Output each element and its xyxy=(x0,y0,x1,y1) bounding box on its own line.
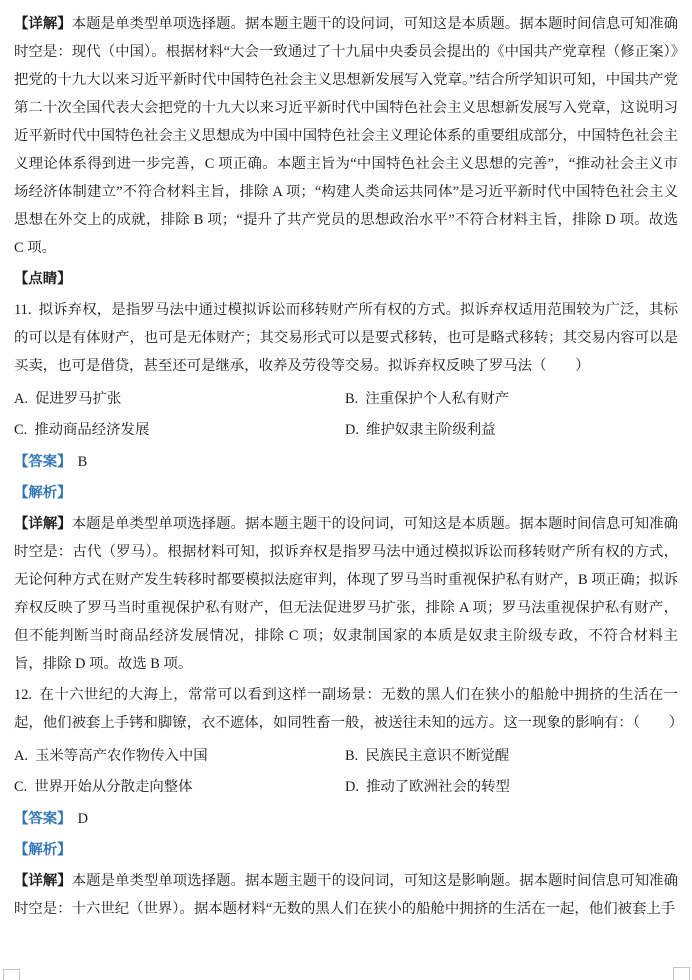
q11-option-c: C.推动商品经济发展 xyxy=(14,414,345,445)
q12-option-c-letter: C. xyxy=(14,779,27,795)
q11-option-d: D.维护奴隶主阶级利益 xyxy=(345,414,678,445)
q11-option-b-text: 注重保护个人私有财产 xyxy=(365,391,509,407)
detail-label: 【详解】 xyxy=(14,516,72,532)
q12-option-a-text: 玉米等高产农作物传入中国 xyxy=(35,748,208,764)
q12-stem-paragraph: 12.在十六世纪的大海上，常常可以看到这样一副场景：无数的黑人们在狭小的船舱中拥… xyxy=(14,681,678,737)
document-page: 【详解】本题是单类型单项选择题。据本题主题干的设问词，可知这是本质题。据本题时间… xyxy=(0,0,692,980)
q11-stem-paragraph: 11.拟诉弃权，是指罗马法中通过模拟诉讼而移转财产所有权的方式。拟诉弃权适用范围… xyxy=(14,296,678,380)
q11-option-a: A.促进罗马扩张 xyxy=(14,383,345,414)
page-corner-mark-left xyxy=(3,969,20,980)
q11-option-b: B.注重保护个人私有财产 xyxy=(345,383,678,414)
q12-number: 12. xyxy=(14,687,32,703)
q11-option-c-text: 推动商品经济发展 xyxy=(34,422,149,438)
q12-options: A.玉米等高产农作物传入中国 B.民族民主意识不断觉醒 C.世界开始从分散走向整… xyxy=(14,740,678,802)
q11-stem-text: 拟诉弃权，是指罗马法中通过模拟诉讼而移转财产所有权的方式。拟诉弃权适用范围较为广… xyxy=(14,302,678,374)
detail-label: 【详解】 xyxy=(14,873,72,889)
tip-label: 【点睛】 xyxy=(14,271,72,287)
q11-answer-letter: B xyxy=(78,454,88,470)
q10-detail-paragraph: 【详解】本题是单类型单项选择题。据本题主题干的设问词，可知这是本质题。据本题时间… xyxy=(14,10,678,262)
q12-answer-letter: D xyxy=(78,811,88,827)
q12-option-c-text: 世界开始从分散走向整体 xyxy=(34,779,192,795)
q11-detail-text: 本题是单类型单项选择题。据本题主题干的设问词，可知这是本质题。据本题时间信息可知… xyxy=(14,516,678,672)
q12-option-b: B.民族民主意识不断觉醒 xyxy=(345,740,678,771)
q12-detail-paragraph: 【详解】本题是单类型单项选择题。据本题主题干的设问词，可知这是影响题。据本题时间… xyxy=(14,867,678,923)
q11-option-a-text: 促进罗马扩张 xyxy=(35,391,121,407)
detail-label: 【详解】 xyxy=(14,16,72,32)
tip-paragraph: 【点睛】 xyxy=(14,265,678,293)
q12-stem-text: 在十六世纪的大海上，常常可以看到这样一副场景：无数的黑人们在狭小的船舱中拥挤的生… xyxy=(14,687,683,731)
q11-options: A.促进罗马扩张 B.注重保护个人私有财产 C.推动商品经济发展 D.维护奴隶主… xyxy=(14,383,678,445)
q11-option-d-text: 维护奴隶主阶级利益 xyxy=(366,422,496,438)
q12-option-a-letter: A. xyxy=(14,748,28,764)
q12-option-d-letter: D. xyxy=(345,779,359,795)
analysis-label: 【解析】 xyxy=(14,842,72,858)
q11-analysis-line: 【解析】 xyxy=(14,479,678,507)
q11-answer-line: 【答案】B xyxy=(14,448,678,476)
q10-detail-text: 本题是单类型单项选择题。据本题主题干的设问词，可知这是本质题。据本题时间信息可知… xyxy=(14,16,678,256)
q12-option-d: D.推动了欧洲社会的转型 xyxy=(345,771,678,802)
q11-option-c-letter: C. xyxy=(14,422,27,438)
q12-option-a: A.玉米等高产农作物传入中国 xyxy=(14,740,345,771)
q11-option-a-letter: A. xyxy=(14,391,28,407)
q12-option-b-text: 民族民主意识不断觉醒 xyxy=(365,748,509,764)
q12-detail-text: 本题是单类型单项选择题。据本题主题干的设问词，可知这是影响题。据本题时间信息可知… xyxy=(14,873,678,917)
q12-option-b-letter: B. xyxy=(345,748,358,764)
q12-option-d-text: 推动了欧洲社会的转型 xyxy=(366,779,510,795)
q11-option-b-letter: B. xyxy=(345,391,358,407)
page-corner-mark-right xyxy=(673,967,690,980)
answer-label: 【答案】 xyxy=(14,811,72,827)
analysis-label: 【解析】 xyxy=(14,485,72,501)
q11-detail-paragraph: 【详解】本题是单类型单项选择题。据本题主题干的设问词，可知这是本质题。据本题时间… xyxy=(14,510,678,678)
q11-option-d-letter: D. xyxy=(345,422,359,438)
q12-option-c: C.世界开始从分散走向整体 xyxy=(14,771,345,802)
q11-number: 11. xyxy=(14,302,31,318)
q12-analysis-line: 【解析】 xyxy=(14,836,678,864)
q12-answer-line: 【答案】D xyxy=(14,805,678,833)
answer-label: 【答案】 xyxy=(14,454,72,470)
